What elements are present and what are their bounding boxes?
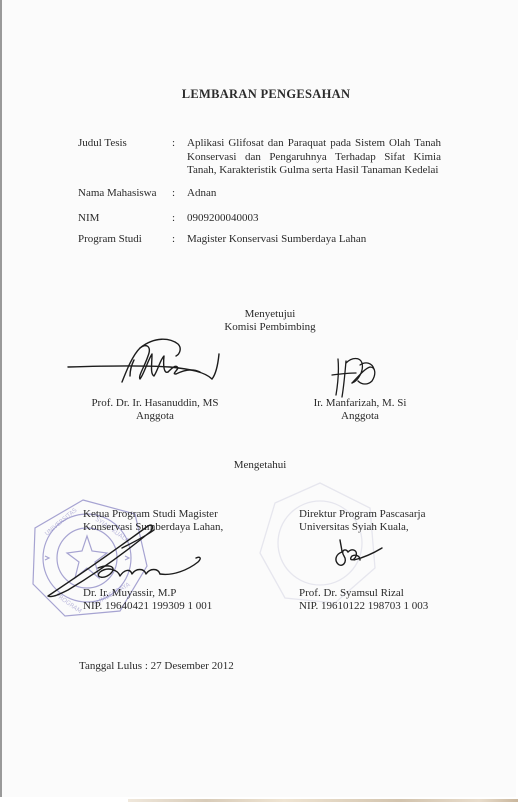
field-label-prodi: Program Studi	[78, 233, 142, 245]
field-label-nim: NIM	[78, 212, 99, 224]
judul-line-1: Aplikasi Glifosat dan Paraquat pada Sist…	[187, 137, 441, 151]
judul-line-2: Konservasi dan Pengaruhnya Terhadap Sifa…	[187, 151, 441, 165]
field-separator: :	[172, 233, 175, 245]
page-margin	[516, 340, 532, 802]
approval-subheading: Komisi Pembimbing	[170, 321, 370, 333]
field-value-nim: 0909200040003	[187, 212, 259, 224]
field-separator: :	[172, 187, 175, 199]
approval-heading: Menyetujui	[170, 308, 370, 320]
graduation-date: Tanggal Lulus : 27 Desember 2012	[79, 660, 234, 672]
field-label-nama: Nama Mahasiswa	[78, 187, 157, 199]
signer-name-anggota: Ir. Manfarizah, M. Si	[285, 397, 435, 409]
field-value-judul: Aplikasi Glifosat dan Paraquat pada Sist…	[187, 137, 441, 178]
right-position-line2: Universitas Syiah Kuala,	[299, 521, 409, 533]
right-position-line1: Direktur Program Pascasarja	[299, 508, 425, 520]
signature-ketua	[60, 334, 235, 394]
signer-role-anggota: Anggota	[285, 410, 435, 422]
left-signer-nip: NIP. 19640421 199309 1 001	[83, 600, 212, 612]
field-value-nama: Adnan	[187, 187, 216, 199]
field-label-judul: Judul Tesis	[78, 137, 127, 149]
judul-line-3: Tanah, Karakteristik Gulma serta Hasil T…	[187, 164, 441, 178]
signature-direktur	[330, 538, 385, 570]
signer-name-ketua: Prof. Dr. Ir. Hasanuddin, MS	[70, 397, 240, 409]
right-signer-nip: NIP. 19610122 198703 1 003	[299, 600, 428, 612]
right-signer-name: Prof. Dr. Syamsul Rizal	[299, 587, 404, 599]
signature-anggota	[330, 355, 380, 400]
acknowledgement-heading: Mengetahui	[190, 459, 330, 471]
field-separator: :	[172, 212, 175, 224]
page-title: LEMBARAN PENGESAHAN	[0, 87, 532, 102]
field-value-prodi: Magister Konservasi Sumberdaya Lahan	[187, 233, 366, 245]
field-separator: :	[172, 137, 175, 149]
signer-role-ketua: Anggota	[70, 410, 240, 422]
left-signer-name: Dr. Ir. Muyassir, M.P	[83, 587, 176, 599]
